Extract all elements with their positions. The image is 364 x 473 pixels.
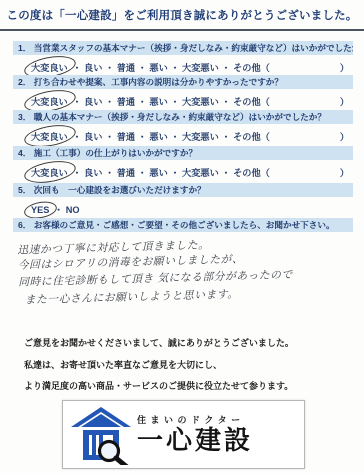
- question-3-header: 3． 職人の基本マナー（挨拶・身だしなみ・約束厳守など）はいかがでしたか？: [13, 110, 353, 124]
- question-1-options: 大変良い ・ 良い ・ 普通 ・ 悪い ・ 大変悪い ・ その他（ ）: [29, 60, 349, 74]
- question-3-selected-option: 大変良い: [29, 129, 70, 143]
- question-4-text: 施工（工事）の仕上がりはいかがですか？: [34, 148, 197, 158]
- closing-line-1: ご意見をお聞かせくださいまして、誠にありがとうございました。: [24, 333, 354, 355]
- question-4-number: 4．: [18, 148, 31, 158]
- question-1-selected-label: 大変良い: [31, 63, 68, 73]
- question-4: 4． 施工（工事）の仕上がりはいかがですか？ 大変良い ・ 良い ・ 普通 ・ …: [13, 146, 353, 179]
- question-2-text: 打ち合わせや提案、工事内容の説明は分かりやすかったですか？: [34, 77, 283, 87]
- closing-line-2: 私達は、お寄せ頂いた率直なご意見を大切にし、: [24, 355, 354, 377]
- question-5-selected-option: YES: [29, 205, 51, 215]
- question-2-header: 2． 打ち合わせや提案、工事内容の説明は分かりやすかったですか？: [13, 75, 353, 89]
- closing-line-3: より満足度の高い商品・サービスのご提供に役立たせて参ります。: [24, 376, 354, 398]
- question-5-text: 次回も 一心建設をお選びいただけますか？: [34, 185, 206, 195]
- question-1-option-list: ・ 良い ・ 普通 ・ 悪い ・ 大変悪い ・ その他（: [72, 63, 270, 73]
- question-3-option-list: ・ 良い ・ 普通 ・ 悪い ・ 大変悪い ・ その他（: [72, 132, 270, 142]
- house-magnifier-icon: [69, 405, 133, 465]
- question-5-selected-label: YES: [31, 205, 49, 215]
- logo-company-name: 一心建設: [137, 426, 253, 456]
- page-title: この度は「一心建設」をご利用頂き誠にありがとうございました。: [0, 7, 364, 23]
- question-3-text: 職人の基本マナー（挨拶・身だしなみ・約束厳守など）はいかがでしたか？: [34, 112, 326, 122]
- closing-message: ご意見をお聞かせくださいまして、誠にありがとうございました。 私達は、お寄せ頂い…: [24, 333, 354, 398]
- question-2: 2． 打ち合わせや提案、工事内容の説明は分かりやすかったですか？ 大変良い ・ …: [13, 75, 353, 108]
- question-5-option-list: ・ NO: [54, 205, 80, 215]
- question-2-options: 大変良い ・ 良い ・ 普通 ・ 悪い ・ 大変悪い ・ その他（ ）: [29, 94, 349, 108]
- question-4-close-paren: ）: [340, 165, 349, 179]
- question-3-number: 3．: [18, 112, 31, 122]
- question-2-selected-label: 大変良い: [31, 97, 68, 107]
- question-6-text: お客様のご意見・ご感想・ご要望・その他ございましたら、お聞かせ下さい。: [34, 220, 335, 230]
- question-1-close-paren: ）: [340, 60, 349, 74]
- question-5-header: 5． 次回も 一心建設をお選びいただけますか？: [13, 183, 353, 197]
- question-4-header: 4． 施工（工事）の仕上がりはいかがですか？: [13, 146, 353, 160]
- question-6: 6． お客様のご意見・ご感想・ご要望・その他ございましたら、お聞かせ下さい。: [13, 218, 353, 232]
- company-logo: 住まいのドクター 一心建設: [62, 400, 305, 469]
- question-2-close-paren: ）: [340, 94, 349, 108]
- question-4-selected-label: 大変良い: [31, 168, 68, 178]
- separator-line: [0, 29, 364, 31]
- question-3-selected-label: 大変良い: [31, 132, 68, 142]
- logo-text: 住まいのドクター 一心建設: [137, 413, 253, 456]
- question-6-header: 6． お客様のご意見・ご感想・ご要望・その他ございましたら、お聞かせ下さい。: [13, 218, 353, 232]
- question-3-close-paren: ）: [340, 129, 349, 143]
- question-2-option-list: ・ 良い ・ 普通 ・ 悪い ・ 大変悪い ・ その他（: [72, 97, 270, 107]
- question-5-options: YES ・ NO: [29, 202, 349, 216]
- question-2-number: 2．: [18, 77, 31, 87]
- question-5-number: 5．: [18, 185, 31, 195]
- handwritten-comment: 迅速かつ丁寧に対応して頂きました。 今回はシロアリの消毒をお願いしましたが、 同…: [17, 234, 349, 308]
- logo-tagline: 住まいのドクター: [137, 413, 253, 426]
- question-4-options: 大変良い ・ 良い ・ 普通 ・ 悪い ・ 大変悪い ・ その他（ ）: [29, 165, 349, 179]
- question-4-option-list: ・ 良い ・ 普通 ・ 悪い ・ 大変悪い ・ その他（: [72, 168, 270, 178]
- question-3: 3． 職人の基本マナー（挨拶・身だしなみ・約束厳守など）はいかがでしたか？ 大変…: [13, 110, 353, 143]
- question-2-selected-option: 大変良い: [29, 94, 70, 108]
- question-3-options: 大変良い ・ 良い ・ 普通 ・ 悪い ・ 大変悪い ・ その他（ ）: [29, 129, 349, 143]
- question-1: 1． 当営業スタッフの基本マナー（挨拶・身だしなみ・約束厳守など）はいかがでした…: [13, 41, 353, 74]
- question-4-selected-option: 大変良い: [29, 165, 70, 179]
- question-1-selected-option: 大変良い: [29, 60, 70, 74]
- question-1-number: 1．: [18, 43, 31, 53]
- question-1-header: 1． 当営業スタッフの基本マナー（挨拶・身だしなみ・約束厳守など）はいかがでした…: [13, 41, 353, 55]
- question-5: 5． 次回も 一心建設をお選びいただけますか？ YES ・ NO: [13, 183, 353, 216]
- question-1-text: 当営業スタッフの基本マナー（挨拶・身だしなみ・約束厳守など）はいかがでしたか？: [34, 43, 353, 53]
- question-6-number: 6．: [18, 220, 31, 230]
